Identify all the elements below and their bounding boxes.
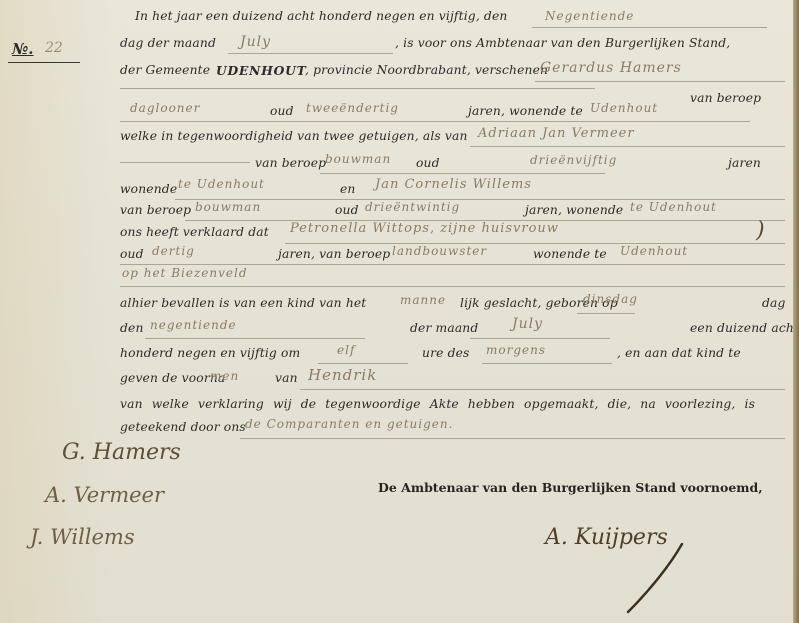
printed-text: , is voor ons Ambtenaar van den Burgerli… (395, 36, 730, 50)
civil-record-page: №. 22 In het jaar een duizend acht honde… (0, 0, 793, 623)
fill-rule (470, 338, 610, 339)
printed-text: oud (416, 156, 440, 170)
printed-text: jaren, wonende (525, 203, 623, 217)
printed-text: wonende te (533, 247, 607, 261)
fill-rule (145, 338, 365, 339)
fill-rule (120, 121, 750, 122)
printed-text: ure des (422, 346, 470, 360)
handwritten-birth-month: July (512, 316, 543, 332)
handwritten-mother-age: dertig (152, 244, 195, 258)
handwritten-witness2-occupation: bouwman (195, 200, 261, 214)
fill-rule (532, 27, 767, 28)
signature-father: G. Hamers (62, 440, 181, 465)
printed-text: dag (762, 296, 786, 310)
fill-rule (577, 313, 635, 314)
printed-text: ons heeft verklaard dat (120, 225, 269, 239)
handwritten-witness1-occupation: bouwman (325, 152, 391, 166)
printed-text: van beroep (690, 91, 761, 105)
printed-text: , provincie Noordbrabant, verschenen (305, 63, 548, 77)
printed-text: van welke verklaring wij de tegenwoordig… (120, 397, 755, 411)
handwritten-father-residence: Udenhout (590, 101, 658, 115)
text-line-7: van beroep oud jaren (120, 156, 790, 172)
printed-text: en (340, 182, 356, 196)
handwritten-witness1-residence: te Udenhout (178, 177, 265, 191)
fill-rule (120, 286, 785, 287)
printed-text: een duizend acht (690, 321, 799, 335)
printed-text: oud (270, 104, 294, 118)
signature-flourish (620, 540, 690, 615)
printed-text: oud (335, 203, 359, 217)
printed-text: den (120, 321, 144, 335)
record-number-underline (8, 62, 80, 63)
handwritten-father-name: Gerardus Hamers (540, 60, 682, 76)
handwritten-time-of-day: morgens (486, 343, 546, 357)
text-line-3: der Gemeente UDENHOUT , provincie Noordb… (120, 63, 799, 79)
handwritten-day: Negentiende (545, 9, 634, 23)
printed-text: jaren (728, 156, 761, 170)
printed-text: geteekend door ons (120, 420, 246, 434)
fill-rule (240, 438, 785, 439)
handwritten-witness1-name: Adriaan Jan Vermeer (478, 126, 635, 141)
printed-text: van beroep (255, 156, 326, 170)
signature-witness-2: J. Willems (30, 525, 135, 549)
handwritten-sex: manne (400, 293, 446, 307)
handwritten-father-age: tweeëndertig (306, 101, 399, 115)
handwritten-address: op het Biezenveld (122, 266, 248, 280)
printed-text: dag der maand (120, 36, 216, 50)
handwritten-witness2-name: Jan Cornelis Willems (375, 177, 532, 192)
handwritten-mother-name: Petronella Wittops, zijne huisvrouw (290, 221, 559, 236)
handwritten-witness2-residence: te Udenhout (630, 200, 717, 214)
text-line-13: alhier bevallen is van een kind van het … (120, 296, 790, 312)
printed-text: jaren, wonende te (468, 104, 583, 118)
fill-rule (120, 264, 785, 265)
handwritten-mother-occupation: landbouwster (392, 244, 487, 258)
handwritten-birth-day: negentiende (150, 318, 237, 332)
handwritten-birth-hour: elf (337, 343, 355, 357)
registrar-caption: De Ambtenaar van den Burgerlijken Stand … (378, 480, 763, 495)
printed-text: van (275, 371, 298, 385)
handwritten-child-name: Hendrik (308, 366, 377, 384)
handwritten-witness1-age: drieënvijftig (530, 153, 617, 167)
printed-text: der Gemeente (120, 63, 210, 77)
signature-witness-1: A. Vermeer (45, 483, 164, 507)
fill-rule (300, 389, 785, 390)
fill-rule (320, 173, 605, 174)
bracket-mark: ) (756, 218, 765, 243)
fill-rule (120, 88, 595, 89)
printed-text: alhier bevallen is van een kind van het (120, 296, 366, 310)
handwritten-weekday: dinsdag (583, 292, 638, 306)
printed-text: welke in tegenwoordigheid van twee getui… (120, 129, 468, 143)
text-line-5: oud jaren, wonende te (120, 104, 760, 120)
printed-text: wonende (120, 182, 177, 196)
printed-text: jaren, van beroep (278, 247, 390, 261)
handwritten-name-suffix: men (210, 369, 239, 383)
handwritten-month: July (240, 34, 271, 50)
printed-text: honderd negen en vijftig om (120, 346, 300, 360)
municipality-name: UDENHOUT (216, 63, 307, 78)
printed-text: , en aan dat kind te (617, 346, 741, 360)
record-number: 22 (45, 40, 63, 56)
printed-text: oud (120, 247, 144, 261)
fill-rule (228, 53, 393, 54)
handwritten-father-occupation: daglooner (130, 101, 200, 115)
text-line-15: honderd negen en vijftig om ure des , en… (120, 346, 790, 362)
text-line-2: dag der maand , is voor ons Ambtenaar va… (120, 36, 780, 52)
handwritten-witness2-age: drieëntwintig (365, 200, 460, 214)
handwritten-signatories: de Comparanten en getuigen. (245, 417, 453, 431)
record-number-label: №. (12, 40, 34, 58)
handwritten-mother-residence: Udenhout (620, 244, 688, 258)
fill-rule (482, 363, 612, 364)
fill-rule (470, 146, 785, 147)
fill-rule (535, 81, 785, 82)
printed-text: der maand (410, 321, 478, 335)
printed-text: van beroep (120, 203, 191, 217)
fill-rule (318, 363, 408, 364)
fill-rule (285, 243, 785, 244)
printed-text: In het jaar een duizend acht honderd neg… (135, 9, 507, 23)
page-edge (793, 0, 799, 623)
